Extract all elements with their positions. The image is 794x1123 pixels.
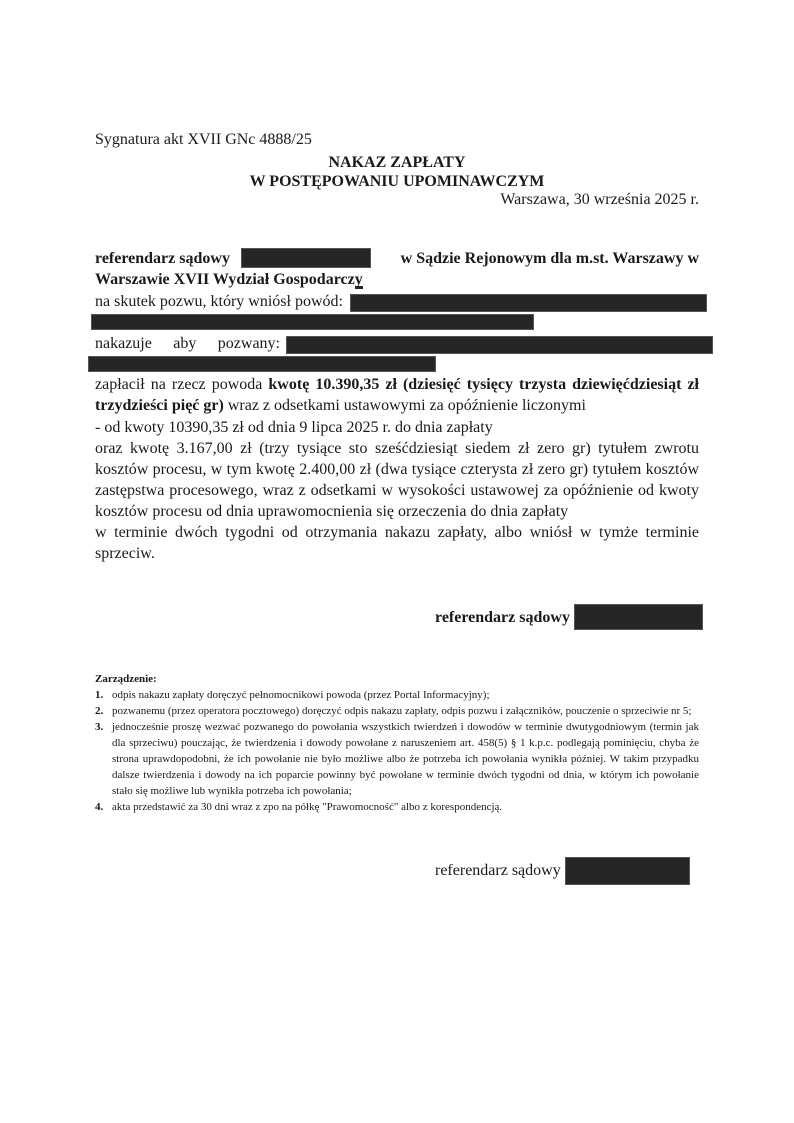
payment-lead: zapłacił na rzecz powoda [95,376,268,393]
redacted-signature-2 [565,857,690,885]
redacted-plaintiff-continued [91,314,534,330]
orders-word-1: nakazuje [95,333,152,354]
redacted-plaintiff [350,294,707,312]
court-name-part2: Warszawie XVII Wydział Gospodarczy [95,269,363,290]
signature-label-1: referendarz sądowy [435,607,570,628]
orders-word-3: pozwany: [218,333,280,354]
order-text: jednocześnie proszę wezwać pozwanego do … [112,721,699,797]
document-title: NAKAZ ZAPŁATY [95,152,699,173]
orders-section: Zarządzenie: 1.odpis nakazu zapłaty dorę… [95,671,699,815]
order-item: 4.akta przedstawić za 30 dni wraz z zpo … [95,799,699,815]
order-item: 3.jednocześnie proszę wezwać pozwanego d… [95,719,699,799]
order-number: 1. [95,687,103,703]
payment-amount-tail: wraz z odsetkami ustawowymi za opóźnieni… [224,397,586,414]
redacted-referendarz-name [241,248,371,268]
order-text: odpis nakazu zapłaty doręczyć pełnomocni… [112,689,490,701]
deadline-paragraph: w terminie dwóch tygodni od otrzymania n… [95,522,699,564]
order-number: 3. [95,719,103,735]
court-name-part1: w Sądzie Rejonowym dla m.st. Warszawy w [373,248,699,269]
interest-line: - od kwoty 10390,35 zł od dnia 9 lipca 2… [95,417,699,438]
document-page: Sygnatura akt XVII GNc 4888/25 NAKAZ ZAP… [0,0,794,1123]
orders-label: nakazuje aby pozwany: [95,333,280,354]
redacted-defendant [286,336,713,354]
redacted-signature-1 [574,604,703,630]
orders-word-2: aby [173,333,196,354]
payment-paragraph: zapłacił na rzecz powoda kwotę 10.390,35… [95,374,699,416]
order-item: 2.pozwanemu (przez operatora pocztowego)… [95,703,699,719]
order-text: pozwanemu (przez operatora pocztowego) d… [112,705,692,717]
order-item: 1.odpis nakazu zapłaty doręczyć pełnomoc… [95,687,699,703]
case-signature: Sygnatura akt XVII GNc 4888/25 [95,129,312,150]
claim-label: na skutek pozwu, który wniósł powód: [95,291,343,312]
redacted-defendant-continued [88,356,436,372]
orders-header: Zarządzenie: [95,671,699,687]
orders-list: 1.odpis nakazu zapłaty doręczyć pełnomoc… [95,687,699,815]
order-text: akta przedstawić za 30 dni wraz z zpo na… [112,801,502,813]
place-date: Warszawa, 30 września 2025 r. [95,189,699,210]
order-number: 4. [95,799,103,815]
redaction-fragment [355,286,363,289]
signature-label-2: referendarz sądowy [435,860,561,881]
referendarz-label: referendarz sądowy [95,248,230,269]
costs-paragraph: oraz kwotę 3.167,00 zł (trzy tysiące sto… [95,438,699,522]
order-number: 2. [95,703,103,719]
